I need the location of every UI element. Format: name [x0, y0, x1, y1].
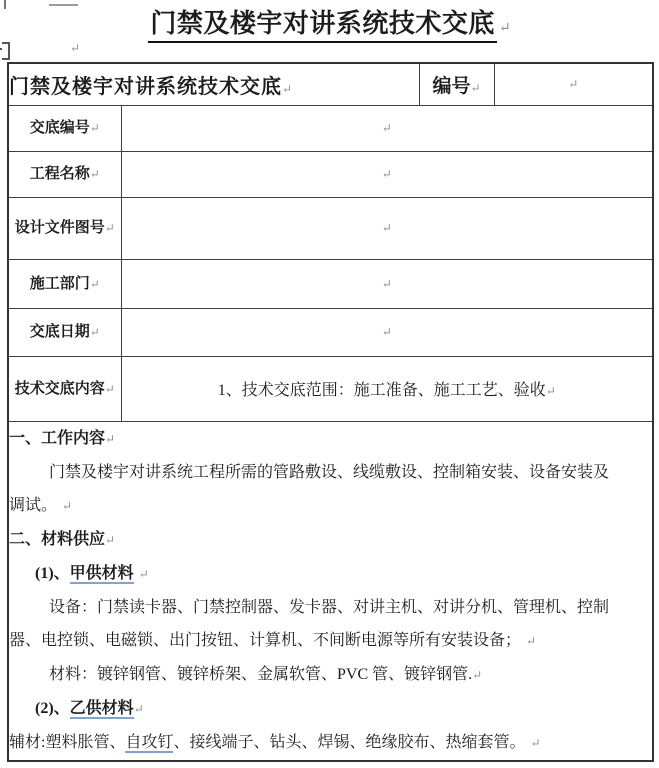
page-title-row: 门禁及楼宇对讲系统技术交底↵ — [0, 3, 659, 43]
table-row-body: 一、工作内容↵ 门禁及楼宇对讲系统工程所需的管路敷设、线缆敷设、控制箱安装、设备… — [8, 421, 653, 761]
paragraph-mark: ↵ — [90, 167, 100, 181]
document-page: ↵ 门禁及楼宇对讲系统技术交底↵ 门禁及楼宇对讲系统技术交底↵ 编号↵ ↵ 交底… — [0, 0, 659, 768]
number-label: 编号 — [432, 76, 470, 97]
paragraph-mark: ↵ — [134, 702, 144, 716]
margin-bracket-dot — [0, 48, 2, 50]
table-row: 设计文件图号↵ ↵ — [8, 197, 653, 259]
field-value-cell[interactable]: 1、技术交底范围：施工准备、施工工艺、验收↵ — [121, 356, 653, 421]
field-label: 交底日期 — [30, 324, 90, 340]
field-label-cell: 工程名称↵ — [8, 151, 121, 197]
paragraph-mark: ↵ — [105, 382, 115, 396]
paragraph-mark: ↵ — [282, 82, 292, 96]
paragraph-mark: ↵ — [105, 432, 115, 446]
table-row: 交底日期↵ ↵ — [8, 308, 653, 356]
paragraph-mark: ↵ — [568, 77, 578, 91]
paragraph-mark: ↵ — [546, 384, 556, 398]
table-row: 工程名称↵ ↵ — [8, 151, 653, 197]
field-value-cell[interactable]: ↵ — [121, 197, 653, 259]
field-label-cell: 交底日期↵ — [8, 308, 121, 356]
subheading-title: 乙供材料 — [70, 700, 134, 719]
field-label-cell: 施工部门↵ — [8, 259, 121, 308]
paragraph-mark: ↵ — [62, 499, 72, 513]
field-label-cell: 技术交底内容↵ — [8, 356, 121, 421]
paragraph-mark: ↵ — [139, 567, 149, 581]
field-label-cell: 交底编号↵ — [8, 105, 121, 151]
table-row-header: 门禁及楼宇对讲系统技术交底↵ 编号↵ ↵ — [8, 63, 653, 105]
paragraph-mark: ↵ — [382, 325, 392, 339]
field-label: 设计文件图号 — [15, 220, 105, 236]
paragraph-text: 设备：门禁读卡器、门禁控制器、发卡器、对讲主机、对讲分机、管理机、控制 器、电控… — [9, 599, 609, 649]
underlined-text: 自攻钉 — [125, 734, 173, 753]
paragraph-text: 门禁及楼宇对讲系统工程所需的管路敷设、线缆敷设、控制箱安装、设备安装及 调试。 — [9, 464, 609, 514]
body-cell: 一、工作内容↵ 门禁及楼宇对讲系统工程所需的管路敷设、线缆敷设、控制箱安装、设备… — [8, 421, 653, 761]
heading-text: 二、材料供应 — [9, 531, 105, 548]
paragraph-mark: ↵ — [472, 668, 482, 682]
subheading-prefix: (1)、 — [35, 565, 70, 582]
field-label: 交底编号 — [30, 120, 90, 136]
body-subheading: (2)、乙供材料↵ — [9, 692, 652, 726]
table-row: 技术交底内容↵ 1、技术交底范围：施工准备、施工工艺、验收↵ — [8, 356, 653, 421]
body-subheading: (1)、甲供材料↵ — [9, 557, 652, 591]
paragraph-mark: ↵ — [105, 221, 115, 235]
table-row: 交底编号↵ ↵ — [8, 105, 653, 151]
body-section: 一、工作内容↵ 门禁及楼宇对讲系统工程所需的管路敷设、线缆敷设、控制箱安装、设备… — [9, 422, 652, 760]
field-value-cell[interactable]: ↵ — [121, 308, 653, 356]
paragraph-mark: ↵ — [70, 41, 80, 56]
disclosure-form-table: 门禁及楼宇对讲系统技术交底↵ 编号↵ ↵ 交底编号↵ ↵ 工程名称↵ ↵ 设计文… — [7, 62, 654, 762]
field-label: 工程名称 — [30, 166, 90, 182]
page-title: 门禁及楼宇对讲系统技术交底 — [148, 3, 497, 43]
paragraph-mark: ↵ — [382, 121, 392, 135]
field-label: 施工部门 — [30, 276, 90, 292]
field-value-cell[interactable]: ↵ — [121, 151, 653, 197]
doc-title-cell: 门禁及楼宇对讲系统技术交底↵ — [8, 63, 419, 105]
paragraph-mark: ↵ — [499, 21, 511, 36]
paragraph-text: 材料：镀锌钢管、镀锌桥架、金属软管、PVC 管、镀锌钢管. — [49, 666, 472, 683]
paragraph-mark: ↵ — [530, 736, 540, 750]
body-paragraph: 门禁及楼宇对讲系统工程所需的管路敷设、线缆敷设、控制箱安装、设备安装及 调试。↵ — [9, 456, 652, 523]
field-value-cell[interactable]: ↵ — [121, 105, 653, 151]
margin-bracket-mark — [2, 42, 10, 60]
subheading-prefix: (2)、 — [35, 700, 70, 717]
number-label-cell: 编号↵ — [419, 63, 494, 105]
field-value: 1、技术交底范围：施工准备、施工工艺、验收 — [218, 382, 546, 399]
subheading-title: 甲供材料 — [70, 565, 134, 584]
paragraph-mark: ↵ — [90, 277, 100, 291]
paragraph-mark: ↵ — [105, 533, 115, 547]
paragraph-text: 、接线端子、钻头、焊锡、绝缘胶布、热缩套管。 — [173, 734, 525, 751]
field-label: 技术交底内容 — [15, 381, 105, 397]
table-row: 施工部门↵ ↵ — [8, 259, 653, 308]
body-heading: 一、工作内容↵ — [9, 422, 652, 456]
body-paragraph: 辅材:塑料胀管、自攻钉、接线端子、钻头、焊锡、绝缘胶布、热缩套管。↵ — [9, 726, 652, 760]
body-heading: 二、材料供应↵ — [9, 523, 652, 557]
paragraph-text: 辅材:塑料胀管、 — [9, 734, 125, 751]
paragraph-mark: ↵ — [90, 325, 100, 339]
paragraph-mark: ↵ — [470, 81, 480, 95]
paragraph-mark: ↵ — [382, 221, 392, 235]
body-paragraph: 材料：镀锌钢管、镀锌桥架、金属软管、PVC 管、镀锌钢管.↵ — [9, 658, 652, 692]
field-value-cell[interactable]: ↵ — [121, 259, 653, 308]
field-label-cell: 设计文件图号↵ — [8, 197, 121, 259]
heading-text: 一、工作内容 — [9, 430, 105, 447]
paragraph-mark: ↵ — [90, 121, 100, 135]
number-value-cell[interactable]: ↵ — [494, 63, 653, 105]
paragraph-mark: ↵ — [382, 277, 392, 291]
paragraph-mark: ↵ — [382, 167, 392, 181]
doc-title: 门禁及楼宇对讲系统技术交底 — [9, 76, 282, 98]
body-paragraph: 设备：门禁读卡器、门禁控制器、发卡器、对讲主机、对讲分机、管理机、控制 器、电控… — [9, 591, 652, 658]
paragraph-mark: ↵ — [526, 634, 536, 648]
